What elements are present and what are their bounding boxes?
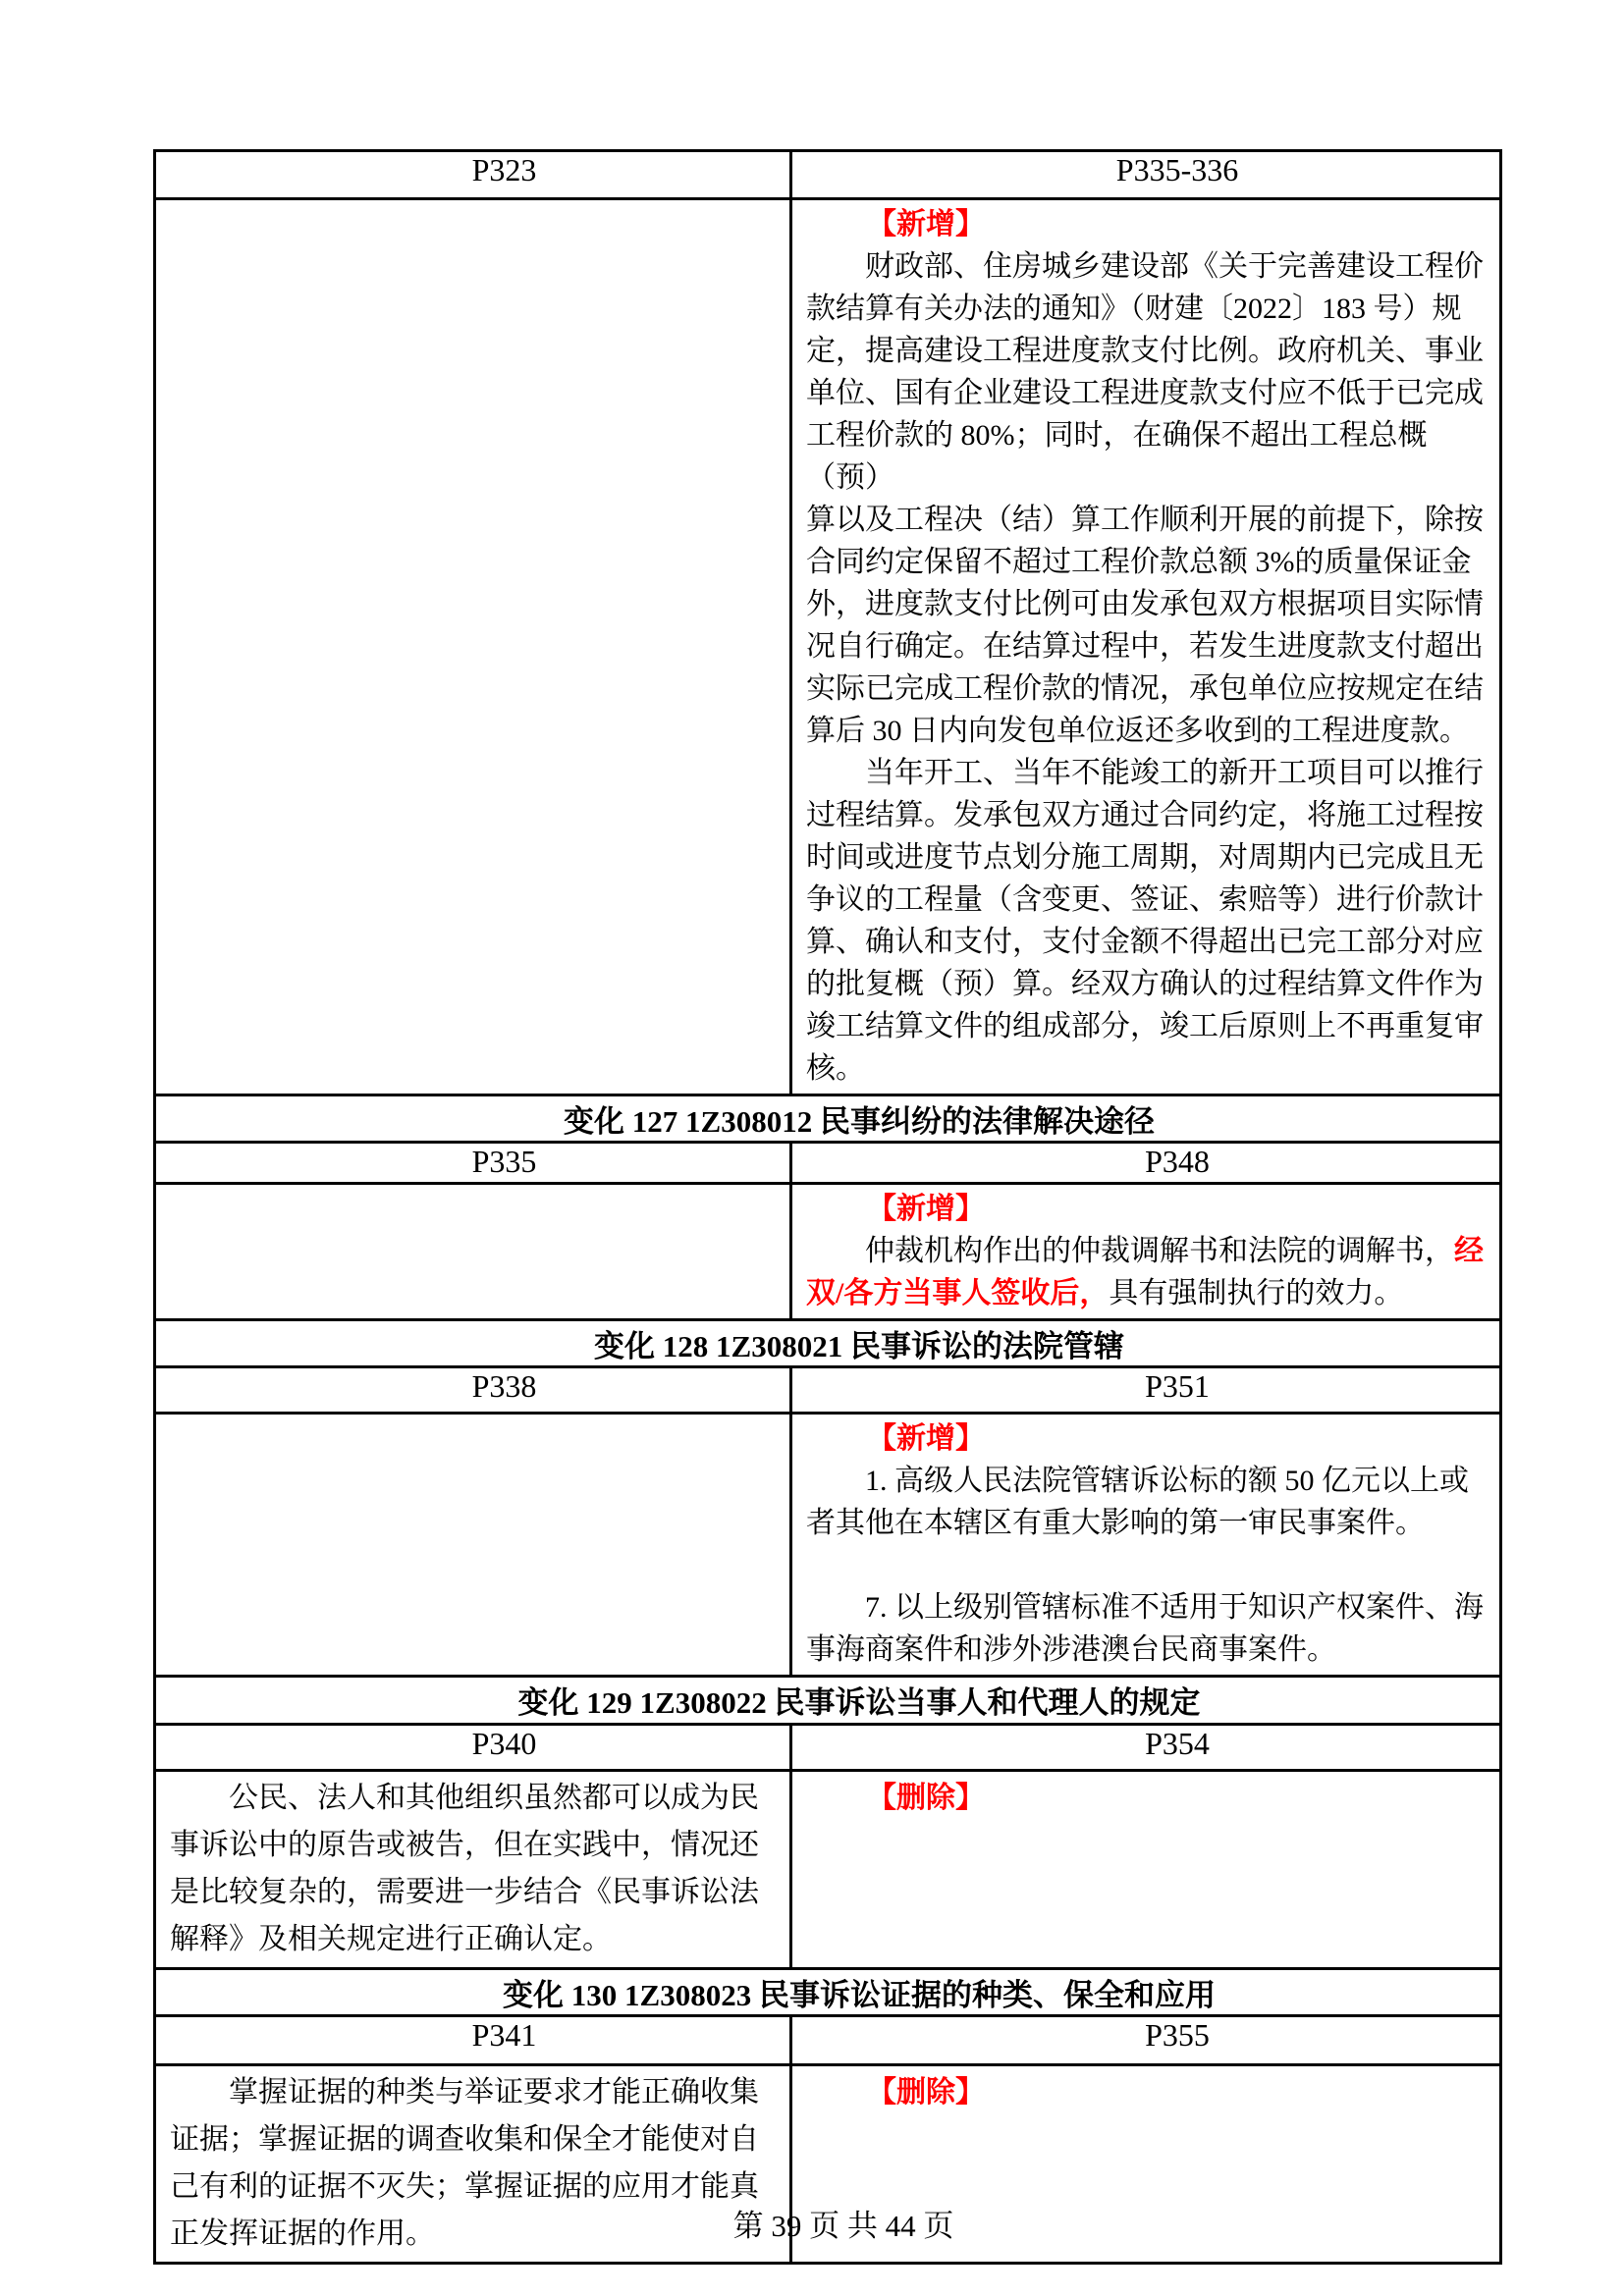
page-footer: 第 39 页 共 44 页 <box>0 2205 1624 2248</box>
body-text-plain: 具有强制执行的效力。 <box>1109 1277 1403 1309</box>
added-body-text: 财政部、住房城乡建设部《关于完善建设工程价 款结算有关办法的通知》（财建〔202… <box>806 245 1486 1090</box>
new-text-cell: 【新增】 仲裁机构作出的仲裁调解书和法院的调解书，经 双/各方当事人签收后，具有… <box>791 1184 1501 1320</box>
old-body-text: 公民、法人和其他组织虽然都可以成为民 事诉讼中的原告或被告，但在实践中，情况还 … <box>170 1775 776 1963</box>
content-row: 【新增】 财政部、住房城乡建设部《关于完善建设工程价 款结算有关办法的通知》（财… <box>155 199 1501 1095</box>
page-ref-left: P335 <box>155 1143 791 1184</box>
content-row: 【新增】 1. 高级人民法院管辖诉讼标的额 50 亿元以上或 者其他在本辖区有重… <box>155 1414 1501 1677</box>
new-text-cell: 【新增】 财政部、住房城乡建设部《关于完善建设工程价 款结算有关办法的通知》（财… <box>791 199 1501 1095</box>
page-ref-row: P335 P348 <box>155 1143 1501 1184</box>
added-label: 【新增】 <box>806 203 1486 245</box>
page-ref-row: P323 P335-336 <box>155 151 1501 199</box>
old-text-cell: 公民、法人和其他组织虽然都可以成为民 事诉讼中的原告或被告，但在实践中，情况还 … <box>155 1771 791 1969</box>
section-row: 变化 129 1Z308022 民事诉讼当事人和代理人的规定 <box>155 1677 1501 1725</box>
added-label: 【新增】 <box>806 1188 1486 1230</box>
section-title-129: 变化 129 1Z308022 民事诉讼当事人和代理人的规定 <box>155 1677 1501 1725</box>
section-row: 变化 128 1Z308021 民事诉讼的法院管辖 <box>155 1320 1501 1367</box>
page-ref-row: P341 P355 <box>155 2016 1501 2065</box>
page-ref-left: P338 <box>155 1367 791 1414</box>
page-ref-row: P340 P354 <box>155 1725 1501 1771</box>
page-ref-right: P351 <box>791 1367 1501 1414</box>
content-row: 【新增】 仲裁机构作出的仲裁调解书和法院的调解书，经 双/各方当事人签收后，具有… <box>155 1184 1501 1320</box>
old-text-cell-empty <box>155 1184 791 1320</box>
section-title-128: 变化 128 1Z308021 民事诉讼的法院管辖 <box>155 1320 1501 1367</box>
page-ref-left: P340 <box>155 1725 791 1771</box>
deleted-label: 【删除】 <box>806 1775 1486 1822</box>
page-ref-row: P338 P351 <box>155 1367 1501 1414</box>
new-text-cell: 【删除】 <box>791 1771 1501 1969</box>
page-ref-right: P348 <box>791 1143 1501 1184</box>
body-text-plain: 仲裁机构作出的仲裁调解书和法院的调解书， <box>806 1235 1454 1267</box>
content-row: 公民、法人和其他组织虽然都可以成为民 事诉讼中的原告或被告，但在实践中，情况还 … <box>155 1771 1501 1969</box>
page-container: P323 P335-336 【新增】 财政部、住房城乡建设部《关于完善建设工程价… <box>0 0 1624 2296</box>
added-body-text: 1. 高级人民法院管辖诉讼标的额 50 亿元以上或 者其他在本辖区有重大影响的第… <box>806 1460 1486 1671</box>
deleted-label: 【删除】 <box>806 2069 1486 2116</box>
page-ref-left: P341 <box>155 2016 791 2065</box>
old-text-cell-empty <box>155 199 791 1095</box>
added-body-text: 仲裁机构作出的仲裁调解书和法院的调解书，经 双/各方当事人签收后，具有强制执行的… <box>806 1230 1486 1314</box>
section-row: 变化 130 1Z308023 民事诉讼证据的种类、保全和应用 <box>155 1969 1501 2016</box>
new-text-cell: 【新增】 1. 高级人民法院管辖诉讼标的额 50 亿元以上或 者其他在本辖区有重… <box>791 1414 1501 1677</box>
page-ref-left: P323 <box>155 151 791 199</box>
revision-comparison-table: P323 P335-336 【新增】 财政部、住房城乡建设部《关于完善建设工程价… <box>153 149 1502 2265</box>
section-title-127: 变化 127 1Z308012 民事纠纷的法律解决途径 <box>155 1095 1501 1143</box>
section-title-130: 变化 130 1Z308023 民事诉讼证据的种类、保全和应用 <box>155 1969 1501 2016</box>
page-ref-right: P354 <box>791 1725 1501 1771</box>
old-text-cell-empty <box>155 1414 791 1677</box>
page-ref-right: P355 <box>791 2016 1501 2065</box>
page-ref-right: P335-336 <box>791 151 1501 199</box>
section-row: 变化 127 1Z308012 民事纠纷的法律解决途径 <box>155 1095 1501 1143</box>
added-label: 【新增】 <box>806 1417 1486 1460</box>
